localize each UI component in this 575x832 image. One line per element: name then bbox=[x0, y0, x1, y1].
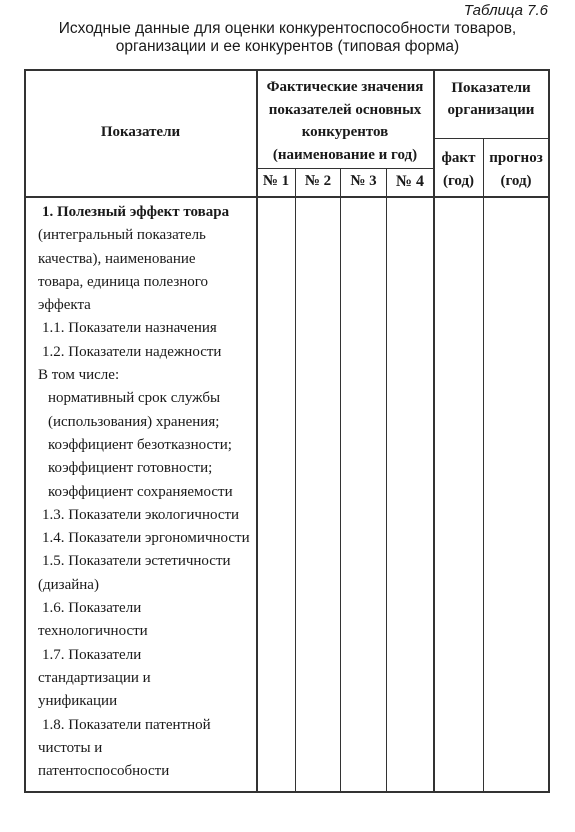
header-competitors: Фактические значения показателей основны… bbox=[257, 76, 433, 166]
list-item: нормативный срок службы bbox=[40, 387, 255, 410]
list-item: 1.5. Показатели эстетичности bbox=[40, 550, 255, 573]
header-indicators: Показатели bbox=[25, 122, 256, 143]
list-item: патентоспособности bbox=[38, 760, 255, 783]
list-item: коэффициент сохраняемости bbox=[40, 481, 255, 504]
list-item: 1. Полезный эффект товара bbox=[40, 201, 255, 224]
header-competitor-3: № 3 bbox=[341, 171, 386, 192]
list-item: (дизайна) bbox=[38, 574, 255, 597]
list-item: стандартизации и bbox=[38, 667, 255, 690]
list-item: чистоты и bbox=[38, 737, 255, 760]
header-organization: Показатели организации bbox=[434, 77, 548, 121]
list-item: коэффициент безотказности; bbox=[40, 434, 255, 457]
list-item: 1.3. Показатели экологичности bbox=[40, 504, 255, 527]
list-item: 1.1. Показатели назначения bbox=[40, 317, 255, 340]
table-title: Исходные данные для оценки конкурентоспо… bbox=[0, 20, 575, 56]
list-item: унификации bbox=[38, 690, 255, 713]
header-competitor-1: № 1 bbox=[257, 171, 295, 192]
header-forecast: прогноз (год) bbox=[484, 147, 548, 193]
list-item: В том числе: bbox=[38, 364, 255, 387]
list-item: 1.6. Показатели bbox=[40, 597, 255, 620]
title-line-2: организации и ее конкурентов (типовая фо… bbox=[0, 38, 575, 56]
list-item: технологичности bbox=[38, 620, 255, 643]
list-item: 1.7. Показатели bbox=[40, 644, 255, 667]
indicators-list: 1. Полезный эффект товара (интегральный … bbox=[40, 201, 255, 783]
table-number: Таблица 7.6 bbox=[464, 2, 548, 19]
list-item: (интегральный показатель bbox=[38, 224, 255, 247]
list-item: (использования) хранения; bbox=[40, 411, 255, 434]
list-item: товара, единица полезного bbox=[38, 271, 255, 294]
list-item: эффекта bbox=[38, 294, 255, 317]
header-competitor-2: № 2 bbox=[296, 171, 340, 192]
list-item: 1.4. Показатели эргономичности bbox=[40, 527, 255, 550]
list-item: 1.2. Показатели надежности bbox=[40, 341, 255, 364]
title-line-1: Исходные данные для оценки конкурентоспо… bbox=[0, 20, 575, 38]
list-item: качества), наименование bbox=[38, 248, 255, 271]
header-fact: факт (год) bbox=[434, 147, 483, 193]
list-item: коэффициент готовности; bbox=[40, 457, 255, 480]
header-competitor-4: № 4 bbox=[387, 171, 433, 192]
list-item: 1.8. Показатели патентной bbox=[40, 714, 255, 737]
